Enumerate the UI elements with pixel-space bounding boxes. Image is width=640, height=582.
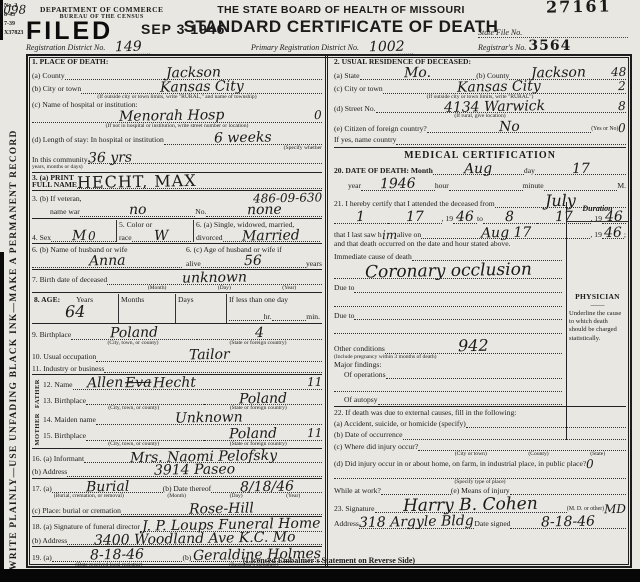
veteran-war-row: name war no No. none bbox=[32, 203, 322, 217]
community-value: 36 yrs bbox=[88, 151, 132, 164]
age-years-cell: 8. AGE: Years 64 bbox=[32, 294, 118, 323]
spouse-name-value: Anna bbox=[89, 255, 126, 268]
birthdate-label: 7. Birth date of deceased bbox=[32, 275, 107, 284]
certify-year1: 46 bbox=[456, 211, 474, 224]
external-d-row: (d) Did injury occur in or about home, o… bbox=[334, 458, 626, 469]
residence-state-row: (a) State Mo. (b) County Jackson 48 bbox=[334, 66, 626, 80]
race-label2: race bbox=[119, 233, 132, 242]
ifyes-label: If yes, name country bbox=[334, 135, 396, 144]
duration-header: Duration bbox=[567, 202, 628, 222]
death-day-value: 17 bbox=[571, 162, 589, 175]
occurrence-date-label: (b) Date of occurrence bbox=[334, 430, 403, 439]
hospital-margin-mark: 0 bbox=[314, 110, 322, 121]
residence-city-label: (c) City or town bbox=[334, 84, 383, 93]
residence-street-label: (d) Street No. bbox=[334, 104, 376, 113]
birthdate-captions: (Month)(Day)(Year) bbox=[32, 285, 322, 291]
father-margin-mark: 11 bbox=[307, 377, 322, 388]
age-years-value: 64 bbox=[65, 305, 86, 320]
residence-street-row: (d) Street No. 4134 Warwick 8 bbox=[334, 100, 626, 114]
immediate-cause-label: Immediate cause of death bbox=[334, 252, 412, 261]
father-name-struck: Eva bbox=[125, 377, 152, 390]
registrar-no-value: 3564 bbox=[528, 38, 571, 54]
external-c-row: (c) Where did injury occur? bbox=[334, 442, 626, 451]
md-or-other-label: (M. D. or other) bbox=[567, 506, 604, 513]
occupation-label: 10. Usual occupation bbox=[32, 352, 96, 361]
birthplace-row: 9. Birthplace Poland 4 bbox=[32, 326, 322, 340]
race-cell: 5. Color or race W bbox=[116, 220, 193, 243]
father-name-first: Allen bbox=[86, 377, 123, 390]
county-label: (a) County bbox=[32, 71, 65, 80]
veteran-section: 3. (b) If veteran, 486-09-630 name war n… bbox=[32, 190, 322, 216]
margin-pencil-number: 50098 bbox=[0, 5, 26, 16]
marital-value: Married bbox=[242, 229, 300, 243]
burial-place-value: Rose-Hill bbox=[189, 502, 254, 516]
marital-label2: divorced bbox=[196, 233, 223, 242]
spouse-name-cell: 6. (b) Name of husband or wife Anna bbox=[32, 245, 182, 268]
informant-address-label: (b) Address bbox=[32, 467, 67, 476]
burial-date-value: 8/18/46 bbox=[239, 480, 293, 494]
burial-row: 17. (a) Burial (b) Date thereof 8/18/46 bbox=[32, 478, 322, 494]
funeral-address-row: (b) Address 3400 Woodland Ave K.C. Mo bbox=[32, 532, 322, 546]
city-label: (b) City or town bbox=[32, 84, 81, 93]
primary-district: Primary Registration District No. 1002 bbox=[251, 40, 413, 54]
primary-district-value: 1002 bbox=[361, 41, 413, 55]
lastsaw-text1: that I last saw h bbox=[334, 230, 382, 239]
age-min-label: min. bbox=[306, 312, 320, 321]
father-name-label: 12. Name bbox=[43, 380, 73, 389]
certify-from-1: 1 bbox=[356, 211, 365, 224]
residence-city-value: Kansas City bbox=[457, 80, 541, 94]
mother-birthplace-row: 15. Birthplace Poland 11 bbox=[43, 427, 322, 441]
spouse-age-cell: 6. (c) Age of husband or wife if alive 5… bbox=[182, 245, 322, 268]
informant-label: 16. (a) Informant bbox=[32, 454, 84, 463]
citizen-label: (e) Citizen of foreign country? bbox=[334, 124, 427, 133]
sex-race-marital-row: 4. Sex M 0 5. Color or race W 6. (a) Sin… bbox=[32, 218, 322, 243]
death-m-label: M. bbox=[617, 181, 626, 190]
birthplace-value: Poland bbox=[110, 327, 158, 340]
certify-to-8: 8 bbox=[505, 211, 514, 224]
sex-cell: 4. Sex M 0 bbox=[32, 220, 116, 243]
date-of-death-row2: year 1946 hour minute M. bbox=[334, 177, 626, 191]
mother-birthplace-captions: (City, town, or county)(State or foreign… bbox=[43, 441, 322, 447]
lastsaw-date: Aug 17 bbox=[481, 226, 532, 239]
death-hour-label: hour bbox=[435, 181, 449, 190]
birthdate-value: unknown bbox=[182, 271, 247, 285]
age-months-cell: Months bbox=[118, 294, 175, 323]
residence-margin-mark2: 2 bbox=[618, 81, 626, 92]
immediate-cause-value: Coronary occlusion bbox=[364, 263, 531, 281]
father-birthplace-value: Poland bbox=[239, 392, 287, 405]
father-birthplace-label: 13. Birthplace bbox=[43, 396, 86, 405]
injury-home-value: 0 bbox=[586, 459, 594, 470]
length-of-stay-row: (d) Length of stay: In hospital or insti… bbox=[32, 131, 322, 145]
age-label: 8. AGE: bbox=[34, 295, 60, 304]
serial-number: 27161 bbox=[546, 0, 612, 15]
death-day-label: day bbox=[524, 166, 535, 175]
mother-birthplace-value: Poland bbox=[229, 428, 277, 441]
mother-name-label: 14. Maiden name bbox=[43, 415, 96, 424]
due-to-2-label: Due to bbox=[334, 311, 354, 320]
registration-district-value: 149 bbox=[107, 41, 150, 55]
city-value: Kansas City bbox=[160, 80, 244, 94]
registration-district: Registration District No. 149 bbox=[26, 40, 150, 54]
funeral-address-value: 3400 Woodland Ave K.C. Mo bbox=[94, 531, 296, 547]
citizen-value: No bbox=[499, 120, 520, 133]
burial-place-row: (c) Place: burial or cremation Rose-Hill bbox=[32, 502, 322, 516]
death-month-value: Aug bbox=[464, 162, 492, 175]
sex-margin-mark: 0 bbox=[88, 231, 96, 242]
means-of-injury-row: While at work? (e) Means of injury bbox=[334, 486, 626, 495]
lastsaw-him: im bbox=[382, 230, 397, 241]
county-row: (a) County Jackson bbox=[32, 66, 322, 80]
date-signed-value: 8-18-46 bbox=[541, 516, 595, 530]
citizen-margin-mark: 0 bbox=[618, 123, 626, 134]
embalmer-footer-note: (Licensed Embalmer's Statement on Revers… bbox=[26, 556, 632, 565]
left-column: 1. PLACE OF DEATH: (a) County Jackson (b… bbox=[28, 56, 328, 566]
other-conditions-value: 942 bbox=[458, 339, 489, 354]
signature-label: 23. Signature bbox=[334, 504, 375, 513]
certify-19a: , 19 bbox=[442, 214, 453, 223]
left-margin-strip: No. 2 8-43 7-39 X37823 WRITE PLAINLY—USE… bbox=[0, 0, 26, 582]
mother-side-label: MOTHER bbox=[32, 411, 43, 446]
state-file-no-label: State File No. bbox=[478, 28, 628, 38]
sex-label: 4. Sex bbox=[32, 233, 51, 242]
age-lessday-cell: If less than one day hr. min. bbox=[226, 294, 322, 323]
department-line1: DEPARTMENT OF COMMERCE bbox=[40, 5, 164, 14]
birthplace-label: 9. Birthplace bbox=[32, 330, 71, 339]
veteran-no-value: none bbox=[247, 204, 282, 217]
veteran-no-label: No. bbox=[195, 207, 206, 216]
certificate-title: STANDARD CERTIFICATE OF DEATH bbox=[176, 17, 506, 37]
citizen-note: (Yes or No) bbox=[591, 126, 618, 133]
death-year-label: year bbox=[334, 181, 361, 190]
spouse-age-value: 56 bbox=[244, 255, 262, 268]
veteran-war-value: no bbox=[129, 204, 147, 217]
residence-ifyes-row: If yes, name country bbox=[334, 135, 626, 144]
age-days-cell: Days bbox=[175, 294, 226, 323]
physician-sidebar: Duration PHYSICIAN —— Underline the caus… bbox=[566, 202, 628, 440]
occupation-row: 10. Usual occupation Tailor bbox=[32, 348, 322, 362]
father-name-row: 12. Name Allen Eva Hecht 11 bbox=[43, 376, 322, 390]
other-conditions-label: Other conditions bbox=[334, 344, 385, 353]
community-note: years, months or days) bbox=[32, 164, 322, 170]
birthdate-row: 7. Birth date of deceased unknown bbox=[32, 269, 322, 285]
residence-state-label: (a) State bbox=[334, 71, 360, 80]
certificate-header: DEPARTMENT OF COMMERCE BUREAU OF THE CEN… bbox=[26, 0, 634, 54]
mother-margin-mark: 11 bbox=[307, 428, 322, 439]
right-column: 2. USUAL RESIDENCE OF DECEASED: (a) Stat… bbox=[330, 56, 630, 566]
certify-from-17: 17 bbox=[406, 211, 424, 224]
occupation-value: Tailor bbox=[189, 349, 230, 362]
residence-margin-mark1: 48 bbox=[611, 67, 626, 78]
medical-certification-title: MEDICAL CERTIFICATION bbox=[334, 147, 626, 162]
spouse-age-label2: alive bbox=[186, 259, 201, 268]
residence-state-value: Mo. bbox=[404, 67, 431, 80]
major-findings-label: Major findings: bbox=[334, 360, 381, 369]
burial-place-label: (c) Place: burial or cremation bbox=[32, 506, 121, 515]
injury-home-label: (d) Did injury occur in or about home, o… bbox=[334, 459, 586, 468]
hospital-value: Menorah Hosp bbox=[118, 109, 224, 123]
primary-district-label: Primary Registration District No. bbox=[251, 43, 359, 52]
physician-address-label: Address bbox=[334, 519, 359, 528]
board-title: THE STATE BOARD OF HEALTH OF MISSOURI bbox=[191, 4, 491, 16]
physician-label: PHYSICIAN bbox=[567, 292, 628, 301]
birthplace-captions: (City, town, or county)(State or foreign… bbox=[32, 340, 322, 346]
form-code: 7-39 bbox=[4, 20, 23, 29]
industry-label: 11. Industry or business bbox=[32, 364, 104, 373]
race-value: W bbox=[154, 230, 169, 243]
mother-block: MOTHER 14. Maiden name Unknown 15. Birth… bbox=[32, 411, 322, 446]
spouse-age-unit: years bbox=[306, 259, 322, 268]
while-at-work-label: While at work? bbox=[334, 486, 381, 495]
age-lessday-label: If less than one day bbox=[229, 295, 320, 304]
funeral-address-label: (b) Address bbox=[32, 536, 67, 545]
operations-label: Of operations bbox=[334, 370, 386, 379]
length-of-stay-label: (d) Length of stay: In hospital or insti… bbox=[32, 135, 164, 144]
full-name-label: 3. (a) PRINTFULL NAME bbox=[32, 174, 77, 190]
death-year-value: 1946 bbox=[380, 178, 416, 191]
death-certificate-scan: No. 2 8-43 7-39 X37823 WRITE PLAINLY—USE… bbox=[0, 0, 640, 582]
date-of-death-label: 20. DATE OF DEATH: Month bbox=[334, 166, 433, 175]
scan-bottom-bar bbox=[0, 569, 640, 582]
lastsaw-text2: alive on bbox=[397, 230, 421, 239]
form-frame: 1. PLACE OF DEATH: (a) County Jackson (b… bbox=[26, 54, 632, 568]
informant-address-value: 3914 Paseo bbox=[154, 464, 235, 478]
father-block: FATHER 12. Name Allen Eva Hecht 11 13. B… bbox=[32, 374, 322, 411]
sex-value: M bbox=[71, 230, 86, 243]
autopsy-label: Of autopsy bbox=[334, 395, 378, 404]
informant-row: 16. (a) Informant Mrs. Naomi Pelofsky bbox=[32, 448, 322, 464]
full-name-value: HECHT, MAX bbox=[77, 174, 197, 190]
margin-instruction-vertical-text: WRITE PLAINLY—USE UNFADING BLACK INK—MAK… bbox=[9, 40, 19, 570]
veteran-war-label: name war bbox=[32, 207, 80, 216]
community-row: In this community 36 yrs bbox=[32, 151, 322, 165]
physician-signature-row: 23. Signature Harry B. Cohen (M. D. or o… bbox=[334, 497, 626, 513]
mother-name-row: 14. Maiden name Unknown bbox=[43, 411, 322, 425]
burial-value: Burial bbox=[85, 481, 129, 494]
physician-address-row: Address 318 Argyle Bldg Date signed 8-18… bbox=[334, 515, 626, 529]
birthplace-margin-mark: 4 bbox=[255, 327, 264, 340]
residence-margin-mark3: 8 bbox=[618, 101, 626, 112]
age-table: 8. AGE: Years 64 Months Days If less tha… bbox=[32, 292, 322, 324]
full-name-row: 3. (a) PRINTFULL NAME HECHT, MAX bbox=[32, 172, 322, 190]
physician-signature: Harry B. Cohen bbox=[403, 497, 538, 515]
death-minute-label: minute bbox=[523, 181, 544, 190]
funeral-director-label: 18. (a) Signature of funeral director bbox=[32, 522, 140, 531]
residence-street-value: 4134 Warwick bbox=[444, 100, 545, 114]
due-to-1-label: Due to bbox=[334, 283, 354, 292]
injury-where-label: (c) Where did injury occur? bbox=[334, 442, 418, 451]
marital-cell: 6. (a) Single, widowed, married, divorce… bbox=[193, 220, 322, 243]
father-side-label: FATHER bbox=[32, 376, 43, 411]
registrar-no: Registrar's No. 3564 bbox=[478, 38, 628, 55]
length-of-stay-value: 6 weeks bbox=[214, 132, 272, 146]
mother-birthplace-label: 15. Birthplace bbox=[43, 431, 86, 440]
burial-label: 17. (a) bbox=[32, 484, 52, 493]
residence-citizen-row: (e) Citizen of foreign country? No (Yes … bbox=[334, 120, 626, 134]
underline-instruction: Underline the cause to which death shoul… bbox=[567, 309, 628, 344]
veteran-label: 3. (b) If veteran, bbox=[32, 194, 82, 203]
age-hr-label: hr. bbox=[264, 312, 272, 321]
city-row: (b) City or town Kansas City bbox=[32, 80, 322, 94]
md-value: MD bbox=[604, 503, 626, 514]
father-name-last: Hecht bbox=[153, 377, 196, 390]
informant-address-row: (b) Address 3914 Paseo bbox=[32, 463, 322, 477]
registration-district-label: Registration District No. bbox=[26, 43, 105, 52]
community-label: In this community bbox=[32, 155, 88, 164]
physician-divider: —— bbox=[567, 301, 628, 309]
father-birthplace-row: 13. Birthplace Poland bbox=[43, 392, 322, 406]
mother-name-value: Unknown bbox=[175, 412, 243, 426]
industry-row: 11. Industry or business bbox=[32, 364, 322, 373]
hospital-value-row: Menorah Hosp 0 bbox=[32, 109, 322, 123]
registrar-no-label: Registrar's No. bbox=[478, 43, 526, 52]
accident-label: (a) Accident, suicide, or homicide (spec… bbox=[334, 419, 466, 428]
date-signed-label: Date signed bbox=[474, 519, 510, 528]
form-code: X37823 bbox=[4, 29, 23, 38]
scan-edge-artifact bbox=[0, 252, 4, 582]
spouse-row: 6. (b) Name of husband or wife Anna 6. (… bbox=[32, 243, 322, 268]
physician-address-value: 318 Argyle Bldg bbox=[359, 515, 474, 530]
residence-city-row: (c) City or town Kansas City 2 bbox=[334, 80, 626, 94]
date-of-death-row1: 20. DATE OF DEATH: Month Aug day 17 bbox=[334, 162, 626, 176]
certify-text1: 21. I hereby certify that I attended the… bbox=[334, 199, 495, 208]
